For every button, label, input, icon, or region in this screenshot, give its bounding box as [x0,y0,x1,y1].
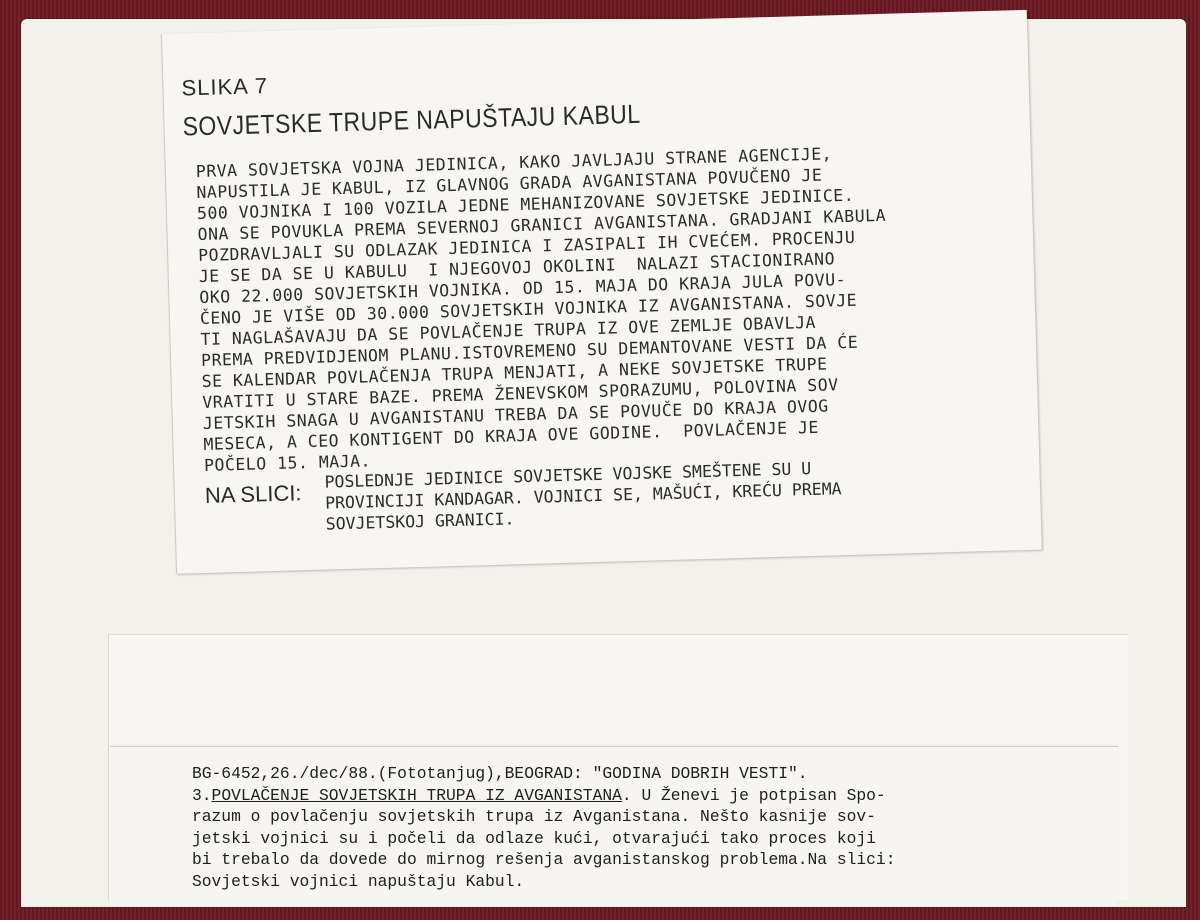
figure-label: SLIKA 7 [181,73,268,101]
agency-line: 3.POVLAČENJE SOVJETSKIH TRUPA IZ AVGANIS… [192,785,895,807]
item-number: 3. [192,786,212,805]
agency-line: razum o povlačenju sovjetskih trupa iz A… [192,806,895,828]
newspaper-clipping: SLIKA 7 SOVJETSKE TRUPE NAPUŠTAJU KABUL … [161,10,1042,574]
agency-line: Sovjetski vojnici napuštaju Kabul. [192,871,895,893]
story-title: POVLAČENJE SOVJETSKIH TRUPA IZ AVGANISTA… [212,786,622,805]
agency-line: jetski vojnici su i počeli da odlaze kuć… [192,828,895,850]
clipping-body: PRVA SOVJETSKA VOJNA JEDINICA, KAKO JAVL… [196,138,1024,476]
agency-label: BG-6452,26./dec/88.(Fototanjug),BEOGRAD:… [110,746,1118,907]
photo-back-card: SLIKA 7 SOVJETSKE TRUPE NAPUŠTAJU KABUL … [21,19,1186,907]
story-text: . U Ženevi je potpisan Spo- [622,786,886,805]
clipping-headline: SOVJETSKE TRUPE NAPUŠTAJU KABUL [182,99,641,143]
agency-line: BG-6452,26./dec/88.(Fototanjug),BEOGRAD:… [192,763,895,785]
agency-label-text: BG-6452,26./dec/88.(Fototanjug),BEOGRAD:… [192,763,895,892]
agency-line: bi trebalo da dovede do mirnog rešenja a… [192,849,895,871]
caption-text: POSLEDNJE JEDINICE SOVJETSKE VOJSKE SMEŠ… [324,457,842,534]
caption-label: NA SLICI: [205,480,302,509]
